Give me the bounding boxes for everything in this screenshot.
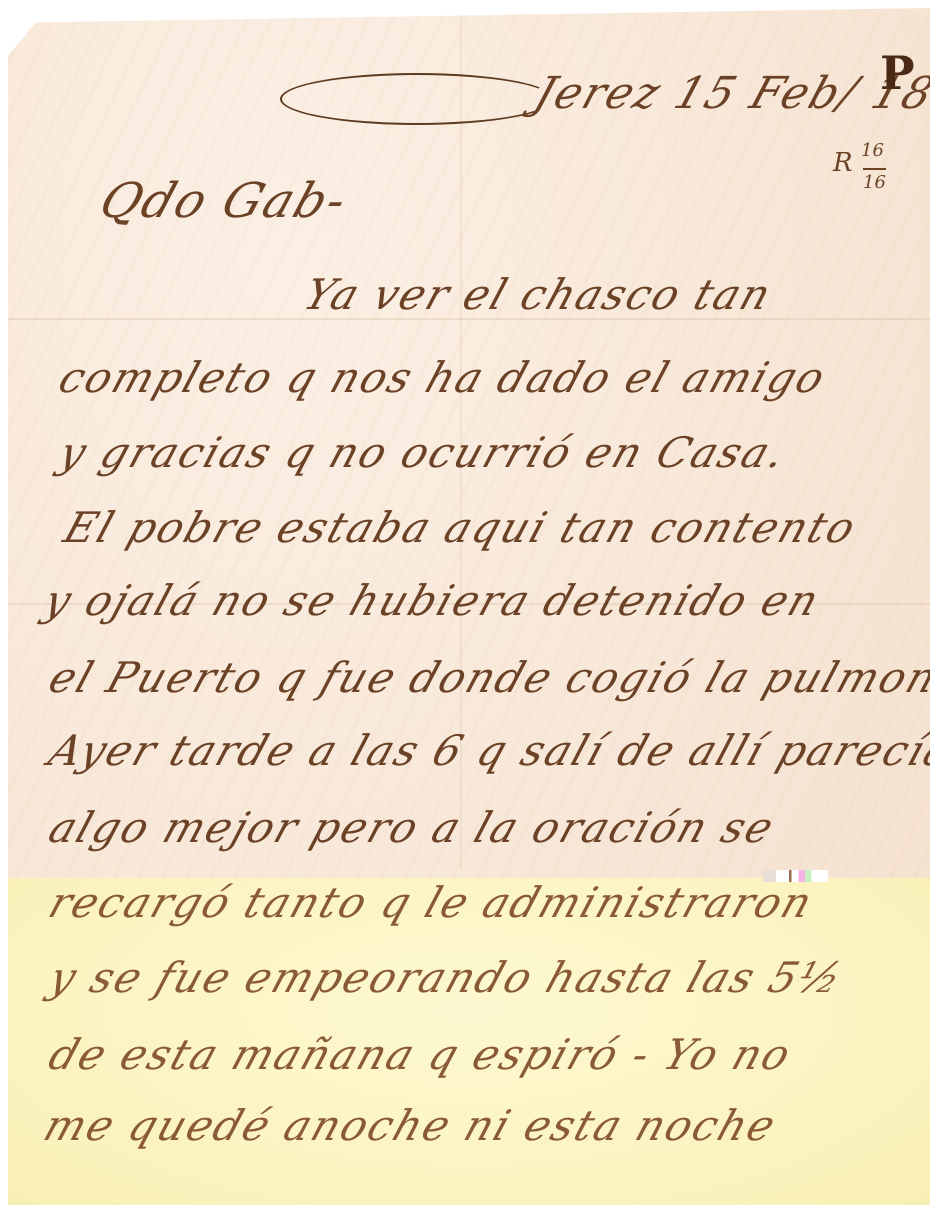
body-line: Ya ver el chasco tan bbox=[298, 270, 779, 319]
body-line: y gracias q no ocurrió en Casa. bbox=[53, 428, 793, 477]
body-line: El pobre estaba aqui tan contento bbox=[58, 503, 863, 552]
body-line: me quedé anoche ni esta noche bbox=[38, 1101, 783, 1150]
body-line: Ayer tarde a las 6 q salí de allí parecí… bbox=[43, 726, 932, 775]
date-flourish bbox=[280, 73, 554, 125]
folio-fraction: R 16 16 bbox=[833, 148, 853, 178]
fraction-prefix: R bbox=[833, 148, 853, 178]
place-date: Jerez 15 Feb/ 1852 bbox=[528, 68, 932, 119]
letter-page: Jerez 15 Feb/ 1852 P R 16 16 Qdo Gab- Ya… bbox=[8, 8, 930, 1205]
corner-mark: P bbox=[880, 46, 915, 100]
body-line: el Puerto q fue donde cogió la pulmonía bbox=[43, 653, 932, 702]
body-line: algo mejor pero a la oración se bbox=[43, 803, 781, 852]
body-line: recargó tanto q le administraron bbox=[43, 878, 820, 927]
salutation: Qdo Gab- bbox=[93, 173, 355, 229]
fraction-numerator: 16 bbox=[861, 140, 884, 161]
body-line: y se fue empeorando hasta las 5½ bbox=[43, 953, 850, 1002]
body-line: completo q nos ha dado el amigo bbox=[53, 353, 833, 402]
body-line: de esta mañana q espiró - Yo no bbox=[43, 1030, 798, 1079]
fraction-denominator: 16 bbox=[863, 168, 886, 193]
body-line: y ojalá no se hubiera detenido en bbox=[38, 576, 827, 625]
